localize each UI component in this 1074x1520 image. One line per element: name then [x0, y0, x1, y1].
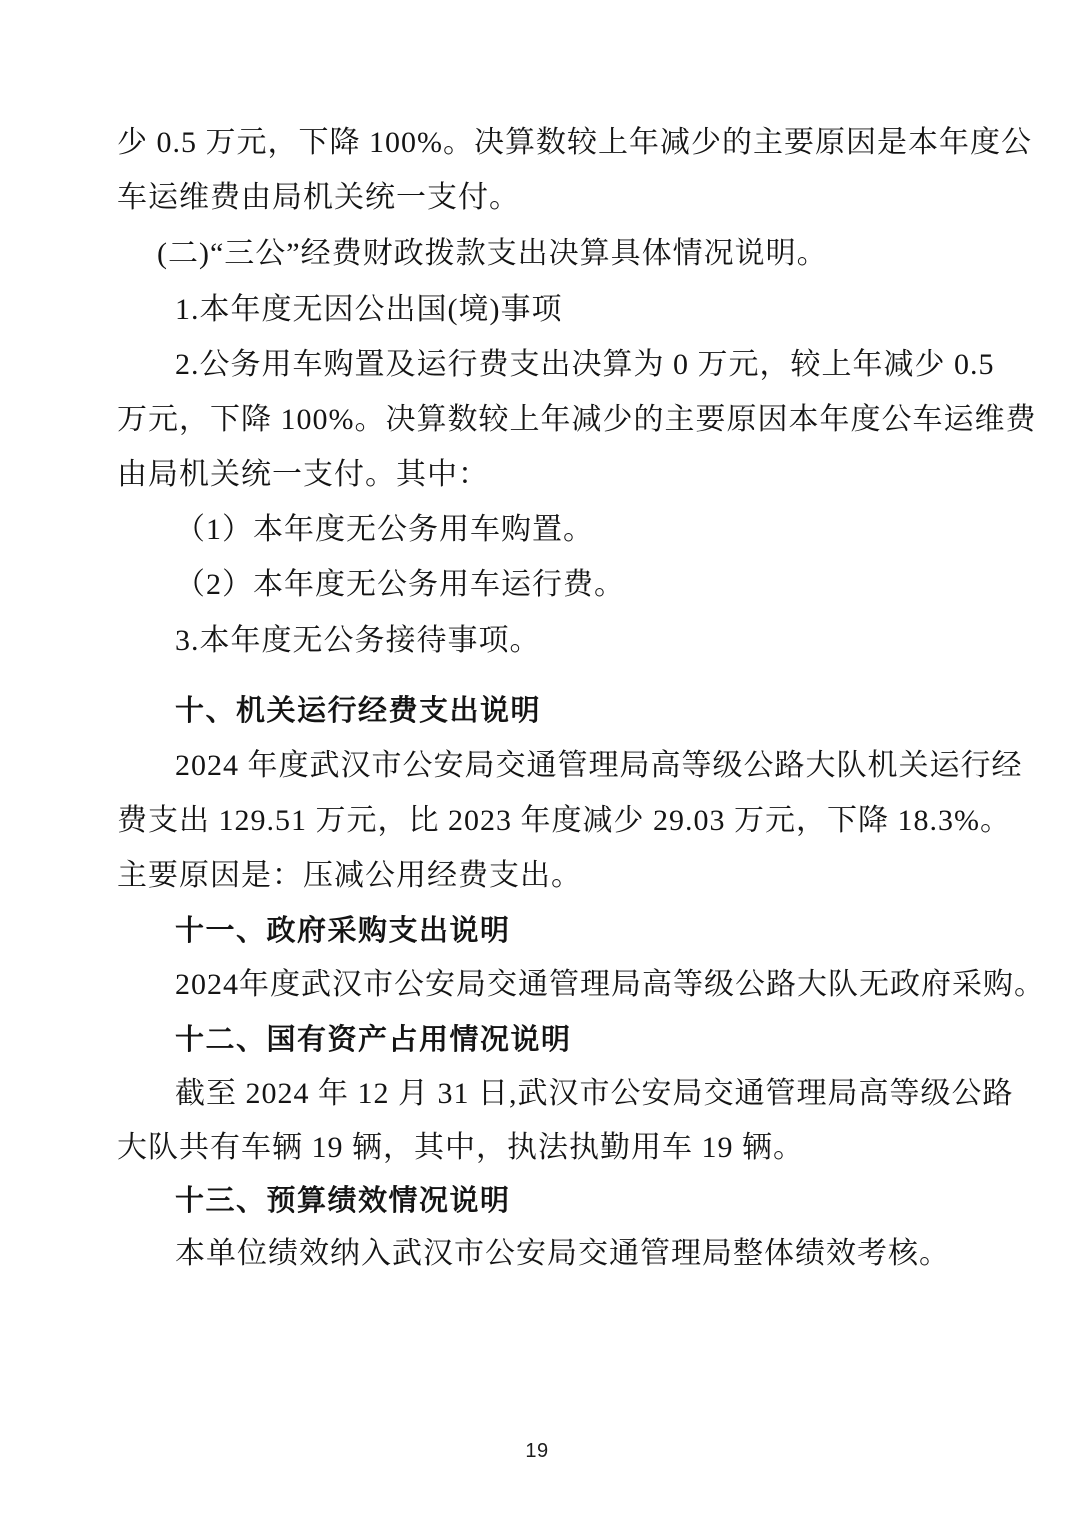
body-text-line: 少 0.5 万元，下降 100%。决算数较上年减少的主要原因是本年度公 [117, 124, 962, 162]
body-text-line: 由局机关统一支付。其中： [117, 456, 962, 494]
body-text-line: 大队共有车辆 19 辆，其中，执法执勤用车 19 辆。 [117, 1129, 962, 1167]
sub-item-line: （2）本年度无公务用车运行费。 [117, 566, 962, 604]
section-heading: 十二、国有资产占用情况说明 [117, 1021, 962, 1059]
body-text-line: 2024年度武汉市公安局交通管理局高等级公路大队无政府采购。 [117, 966, 962, 1004]
body-text-line: 本单位绩效纳入武汉市公安局交通管理局整体绩效考核。 [117, 1235, 962, 1273]
subsection-heading-line: (二)“三公”经费财政拨款支出决算具体情况说明。 [117, 235, 962, 273]
body-text-line: 车运维费由局机关统一支付。 [117, 179, 962, 217]
numbered-item-line: 3.本年度无公务接待事项。 [117, 622, 962, 660]
section-heading: 十、机关运行经费支出说明 [117, 692, 962, 730]
numbered-item-line: 2.公务用车购置及运行费支出决算为 0 万元，较上年减少 0.5 [117, 346, 962, 384]
body-text-line: 费支出 129.51 万元，比 2023 年度减少 29.03 万元，下降 18… [117, 802, 962, 840]
numbered-item-line: 1.本年度无因公出国(境)事项 [117, 291, 962, 329]
body-text-line: 万元，下降 100%。决算数较上年减少的主要原因本年度公车运维费 [117, 401, 962, 439]
document-page: 少 0.5 万元，下降 100%。决算数较上年减少的主要原因是本年度公 车运维费… [0, 0, 1074, 1520]
body-text-line: 主要原因是：压减公用经费支出。 [117, 857, 962, 895]
page-number: 19 [0, 1440, 1074, 1463]
section-heading: 十三、预算绩效情况说明 [117, 1182, 962, 1220]
body-text-line: 截至 2024 年 12 月 31 日,武汉市公安局交通管理局高等级公路 [117, 1075, 962, 1113]
sub-item-line: （1）本年度无公务用车购置。 [117, 511, 962, 549]
section-heading: 十一、政府采购支出说明 [117, 912, 962, 950]
body-text-line: 2024 年度武汉市公安局交通管理局高等级公路大队机关运行经 [117, 747, 962, 785]
document-body: 少 0.5 万元，下降 100%。决算数较上年减少的主要原因是本年度公 车运维费… [117, 0, 962, 1520]
